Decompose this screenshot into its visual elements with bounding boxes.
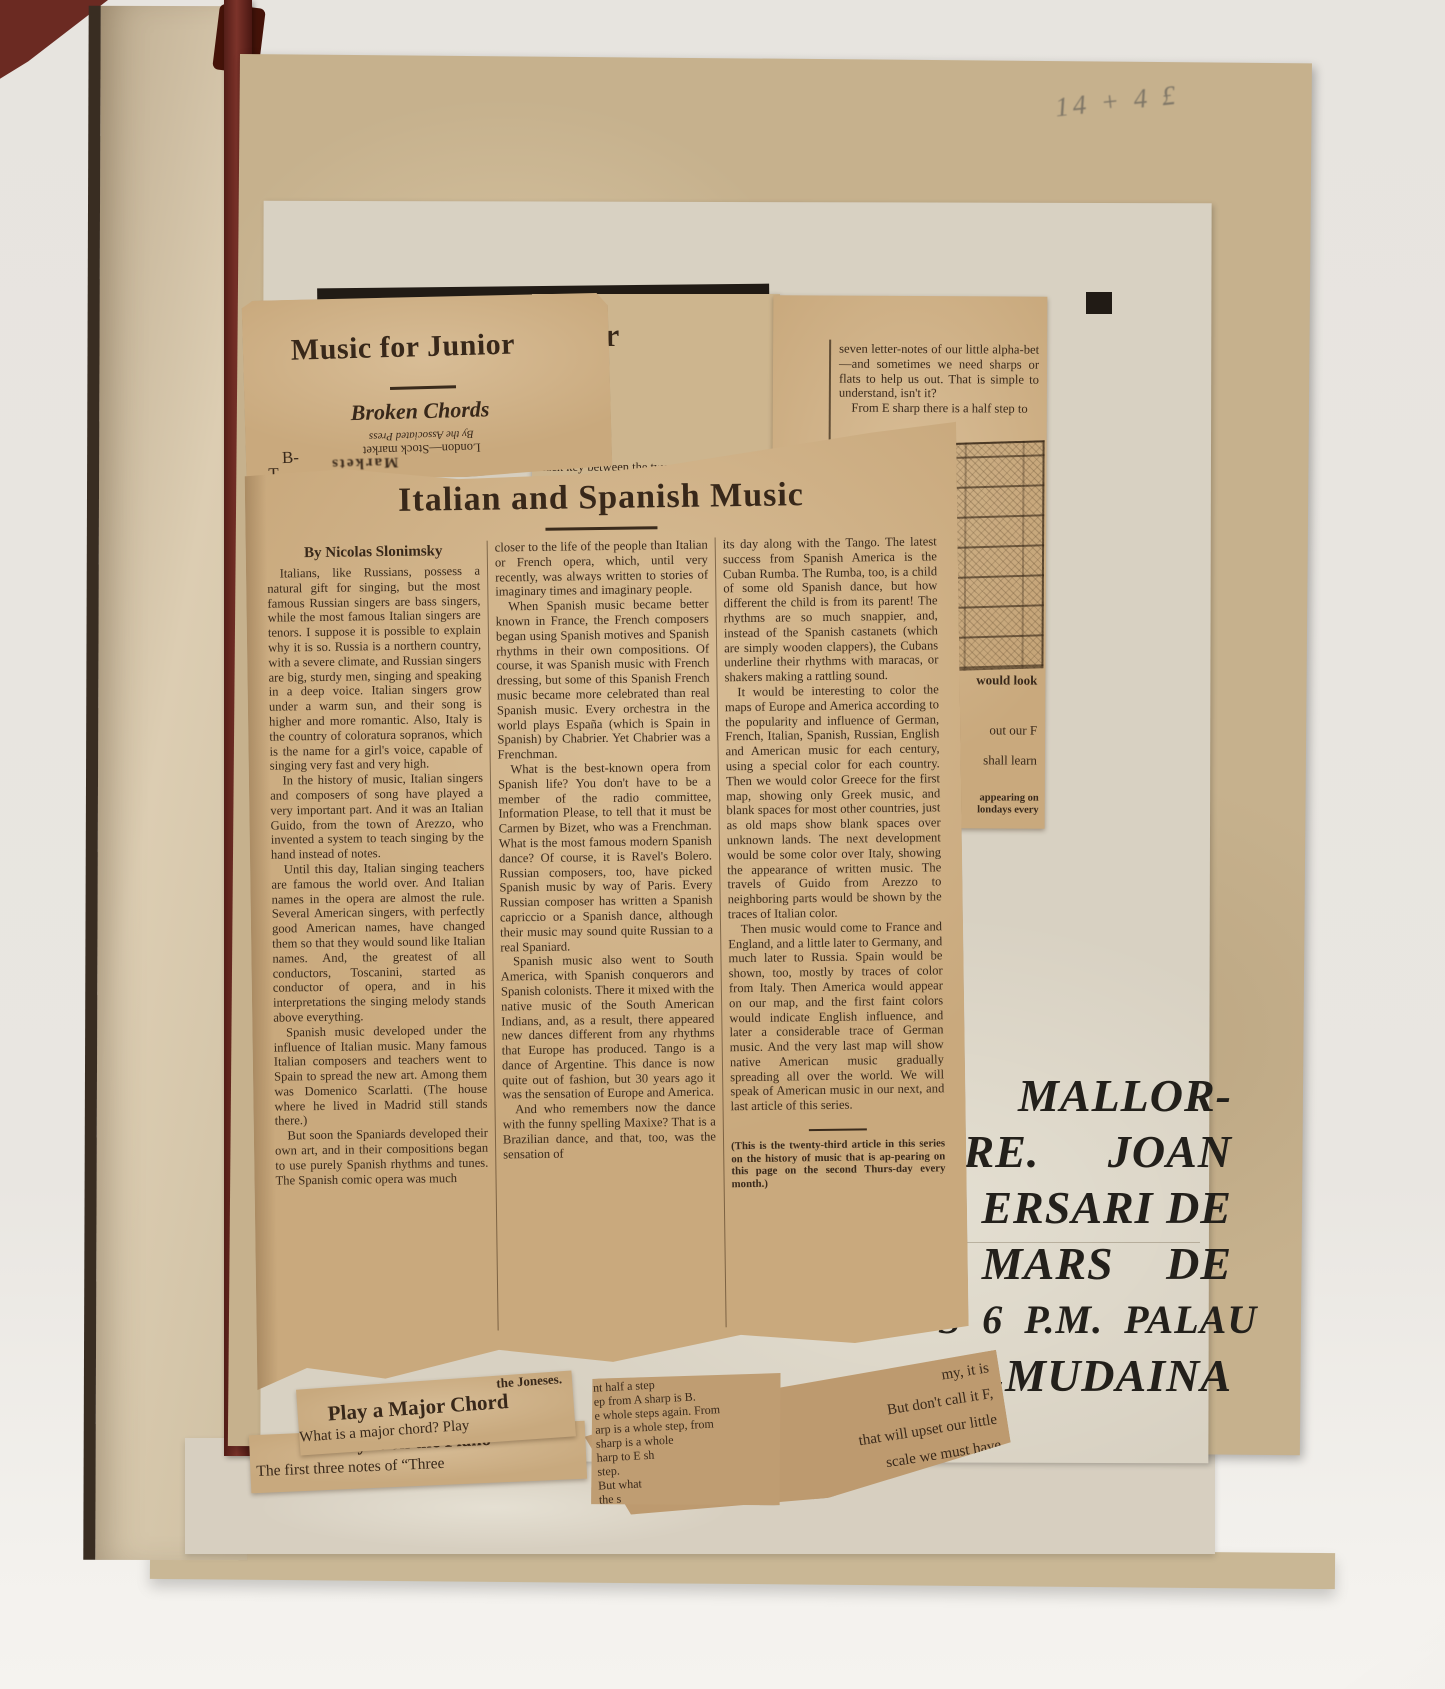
title-rule [545,526,657,531]
clipping-paragraph: seven letter-notes of our little alpha-b… [839,342,1039,417]
section-title: Broken Chords [350,396,489,426]
text-fragment: B- [282,448,300,468]
article-column-1: By Nicolas Slonimsky Italians, like Russ… [260,541,499,1334]
column-text: Italians, like Russians, possess a natur… [267,564,489,1188]
event-line: MALLOR- [938,1068,1232,1124]
edge-fragment: would look [976,672,1037,688]
footnote-rule [809,1128,867,1131]
column-text: its day along with the Tango. The latest… [723,534,945,1114]
reversed-masthead: Markets [330,453,399,472]
scrapbook-photo: 14 + 4 £ MALLOR- RE. JOAN ERSARI DE MARS… [0,0,1445,1689]
clipping-music-for-junior: Music for Junior Broken Chords London—St… [242,291,613,483]
headline-rule [390,385,456,390]
column-rule [829,340,832,452]
clipping-headline: Music for Junior [290,328,515,368]
clipping-line: The first three notes of “Three [256,1455,445,1481]
article-title: Italian and Spanish Music [245,474,957,522]
edge-fragment: out our F [989,722,1037,738]
article-columns: By Nicolas Slonimsky Italians, like Russ… [260,534,955,1333]
clipping-footer-fragment: appearing on londays every [977,792,1039,816]
column-text: closer to the life of the people than It… [495,538,717,1162]
article-byline: By Nicolas Slonimsky [267,543,480,563]
event-line: ERSARI DE [938,1180,1232,1236]
clipping-scrap: nt half a step ep from A sharp is B. e w… [585,1369,788,1515]
article-footnote: (This is the twenty-third article in thi… [731,1137,946,1190]
event-line: MARS DE [938,1236,1232,1292]
article-column-2: closer to the life of the people than It… [488,537,727,1330]
clipping-italian-and-spanish-music: Italian and Spanish Music By Nicolas Slo… [244,416,969,1394]
event-line: S 6 P.M. PALAU [938,1292,1232,1348]
edge-fragment: shall learn [983,752,1037,768]
black-paper-fragment [1086,292,1112,314]
article-column-3: its day along with the Tango. The latest… [716,534,955,1327]
event-line: RE. JOAN [938,1124,1232,1180]
scrap-text: nt half a step ep from A sharp is B. e w… [593,1371,782,1520]
